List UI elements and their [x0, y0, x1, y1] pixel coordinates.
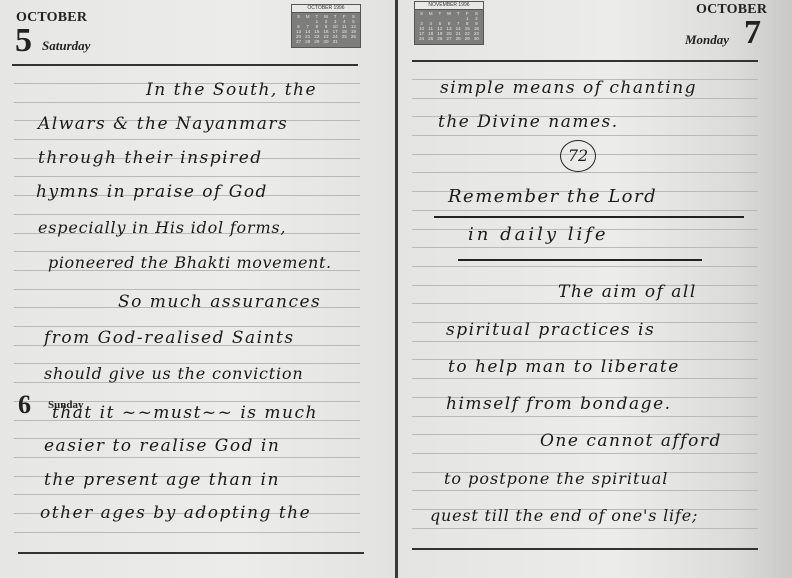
- calendar-cell: 30: [472, 36, 481, 41]
- calendar-cell: [340, 39, 349, 44]
- mini-calendar-grid: SMTWTFS123456789101112131415161718192021…: [292, 13, 360, 45]
- handwriting-line: spiritual practices is: [446, 320, 655, 340]
- calendar-cell: 30: [321, 39, 330, 44]
- handwriting-line: So much assurances: [118, 292, 321, 312]
- left-page: OCTOBER 5 Saturday OCTOBER 1996 SMTWTFS1…: [0, 0, 396, 578]
- handwriting-line: himself from bondage.: [446, 394, 672, 414]
- ruled-line: [14, 176, 360, 177]
- header-divider: [412, 60, 758, 62]
- sub-day-number: 6: [18, 386, 31, 420]
- heading-line: in daily life: [468, 224, 609, 245]
- handwriting-line: other ages by adopting the: [40, 503, 311, 523]
- calendar-cell: 25: [426, 36, 435, 41]
- ruled-line: [14, 326, 360, 327]
- handwriting-line: through their inspired: [38, 148, 263, 168]
- ruled-line: [14, 139, 360, 140]
- mini-calendar-october: OCTOBER 1996 SMTWTFS12345678910111213141…: [291, 4, 361, 48]
- ruled-line: [412, 98, 758, 99]
- ruled-line: [412, 247, 758, 248]
- handwriting-line: from God-realised Saints: [44, 328, 295, 348]
- mini-calendar-november: NOVEMBER 1996 SMTWTFS1234567891011121314…: [414, 1, 484, 45]
- ruled-line: [412, 528, 758, 529]
- handwriting-line: especially in His idol forms,: [38, 218, 286, 237]
- calendar-cell: 28: [303, 39, 312, 44]
- handwriting-line: simple means of chanting: [440, 78, 697, 98]
- ruled-line: [412, 341, 758, 342]
- calendar-cell: 27: [444, 36, 453, 41]
- ruled-line: [412, 490, 758, 491]
- ruled-line: [14, 214, 360, 215]
- heading-underline: [434, 216, 744, 218]
- handwriting-line: In the South, the: [146, 80, 317, 100]
- handwriting-line: quest till the end of one's life;: [430, 506, 698, 525]
- footer-divider: [412, 548, 758, 550]
- ruled-line: [14, 494, 360, 495]
- handwriting-line: The aim of all: [558, 282, 697, 302]
- handwriting-line: hymns in praise of God: [36, 182, 268, 202]
- footer-divider: [18, 552, 364, 554]
- header-divider: [12, 64, 358, 66]
- handwriting-line: easier to realise God in: [44, 436, 280, 456]
- right-page: NOVEMBER 1996 SMTWTFS1234567891011121314…: [398, 0, 792, 578]
- ruled-line: [412, 453, 758, 454]
- ruled-line: [14, 102, 360, 103]
- calendar-cell: 28: [454, 36, 463, 41]
- calendar-cell: 29: [463, 36, 472, 41]
- mini-calendar-title: NOVEMBER 1996: [415, 2, 483, 10]
- ruled-line: [412, 135, 758, 136]
- handwriting-line: the present age than in: [44, 470, 280, 490]
- handwriting-line: to postpone the spiritual: [444, 469, 668, 488]
- ruled-line: [14, 532, 360, 533]
- calendar-cell: 27: [294, 39, 303, 44]
- ruled-line: [14, 289, 360, 290]
- ruled-line: [412, 378, 758, 379]
- ruled-line: [412, 210, 758, 211]
- ruled-line: [14, 251, 360, 252]
- ruled-line: [412, 172, 758, 173]
- handwriting-line: the Divine names.: [438, 112, 619, 132]
- handwriting-line: pioneered the Bhakti movement.: [48, 253, 332, 272]
- mini-calendar-title: OCTOBER 1996: [292, 5, 360, 13]
- mini-calendar-grid: SMTWTFS123456789101112131415161718192021…: [415, 10, 483, 42]
- circled-number: 72: [560, 140, 596, 172]
- calendar-cell: [349, 39, 358, 44]
- ruled-line: [14, 457, 360, 458]
- left-day-name: Saturday: [42, 38, 90, 54]
- heading-line: Remember the Lord: [448, 186, 657, 207]
- handwriting-line: One cannot afford: [540, 431, 722, 451]
- calendar-cell: 29: [312, 39, 321, 44]
- ruled-line: [412, 416, 758, 417]
- calendar-cell: 24: [417, 36, 426, 41]
- left-day-number: 5: [15, 24, 32, 58]
- handwriting-line: that it ~~must~~ is much: [52, 403, 318, 423]
- heading-underline: [458, 259, 702, 261]
- calendar-cell: 31: [331, 39, 340, 44]
- handwriting-line: to help man to liberate: [448, 357, 680, 377]
- right-day-number: 7: [744, 16, 761, 50]
- right-day-name: Monday: [685, 32, 729, 48]
- calendar-cell: 26: [435, 36, 444, 41]
- handwriting-line: should give us the conviction: [44, 364, 303, 383]
- handwriting-line: Alwars & the Nayanmars: [38, 114, 288, 134]
- ruled-line: [412, 303, 758, 304]
- ruled-line: [412, 266, 758, 267]
